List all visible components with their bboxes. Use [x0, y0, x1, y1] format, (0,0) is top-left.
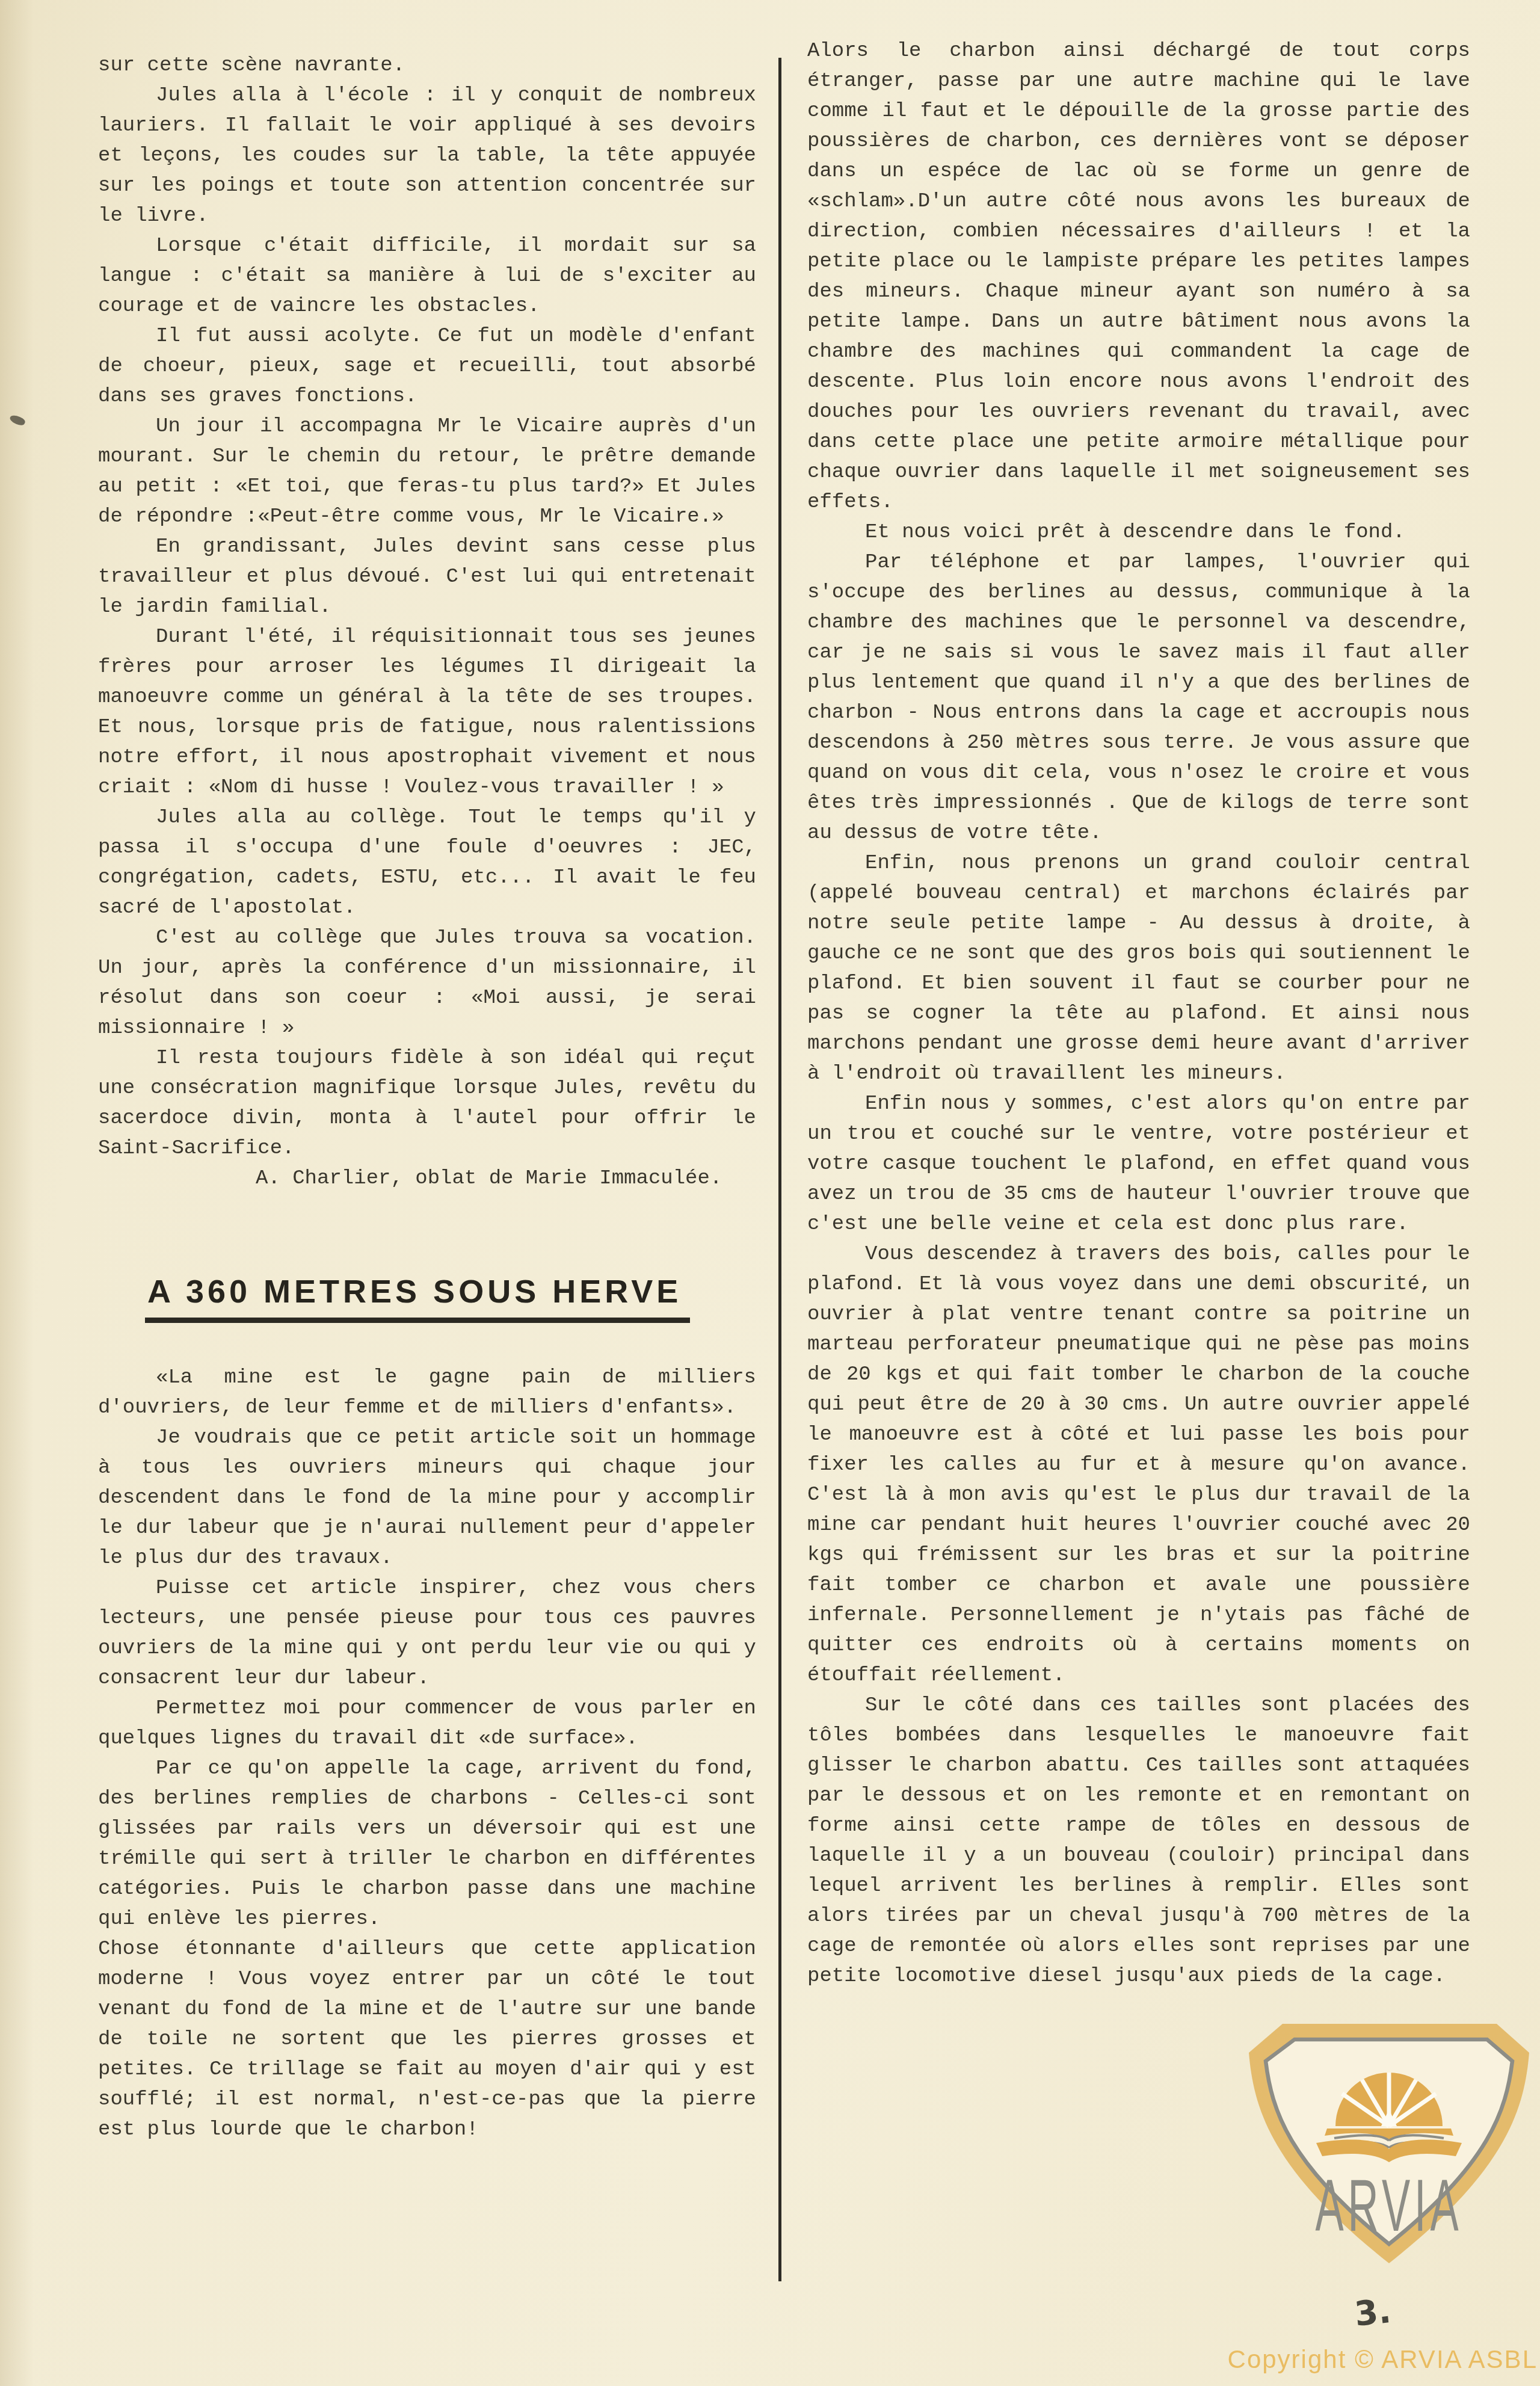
paragraph: Et nous voici prêt à descendre dans le f… [807, 517, 1470, 547]
right-column: Alors le charbon ainsi déchargé de tout … [807, 36, 1470, 1991]
paragraph: Chose étonnante d'ailleurs que cette app… [98, 1934, 756, 2145]
paragraph: Par téléphone et par lampes, l'ouvrier q… [807, 547, 1470, 848]
paragraph: Il resta toujours fidèle à son idéal qui… [98, 1043, 756, 1164]
paragraph: Par ce qu'on appelle la cage, arrivent d… [98, 1754, 756, 1934]
paragraph: En grandissant, Jules devint sans cesse … [98, 532, 756, 622]
paragraph: C'est au collège que Jules trouva sa voc… [98, 923, 756, 1043]
paragraph: Je voudrais que ce petit article soit un… [98, 1423, 756, 1573]
paragraph: Enfin, nous prenons un grand couloir cen… [807, 848, 1470, 1089]
paragraph: Il fut aussi acolyte. Ce fut un modèle d… [98, 321, 756, 412]
page-number: 3. [1353, 2292, 1393, 2334]
paragraph: Permettez moi pour commencer de vous par… [98, 1694, 756, 1754]
logo-wordmark: ARVIA [1290, 2164, 1488, 2248]
copyright-line: Copyright © ARVIA ASBL [1228, 2345, 1538, 2374]
paragraph: Jules alla au collège. Tout le temps qu'… [98, 803, 756, 923]
signature-line: A. Charlier, oblat de Marie Immaculée. [98, 1164, 756, 1194]
paragraph: Enfin nous y sommes, c'est alors qu'on e… [807, 1089, 1470, 1239]
paragraph: Lorsque c'était difficile, il mordait su… [98, 231, 756, 321]
arvia-logo-watermark: ARVIA [1244, 2019, 1534, 2267]
paragraph: Alors le charbon ainsi déchargé de tout … [807, 36, 1470, 517]
paragraph: sur cette scène navrante. [98, 51, 756, 81]
ink-smudge [8, 413, 26, 427]
paragraph: Durant l'été, il réquisitionnait tous se… [98, 622, 756, 803]
scanned-page: sur cette scène navrante. Jules alla à l… [0, 0, 1540, 2386]
column-divider-rule [778, 58, 781, 2281]
paragraph: Puisse cet article inspirer, chez vous c… [98, 1573, 756, 1694]
paragraph: Sur le côté dans ces tailles sont placée… [807, 1691, 1470, 1991]
paragraph: Un jour il accompagna Mr le Vicaire aupr… [98, 412, 756, 532]
paragraph: Jules alla à l'école : il y conquit de n… [98, 81, 756, 231]
section-heading: A 360 METRES SOUS HERVE [145, 1277, 690, 1323]
paragraph: «La mine est le gagne pain de milliers d… [98, 1363, 756, 1423]
paragraph: Vous descendez à travers des bois, calle… [807, 1239, 1470, 1691]
left-column: sur cette scène navrante. Jules alla à l… [98, 51, 756, 2145]
